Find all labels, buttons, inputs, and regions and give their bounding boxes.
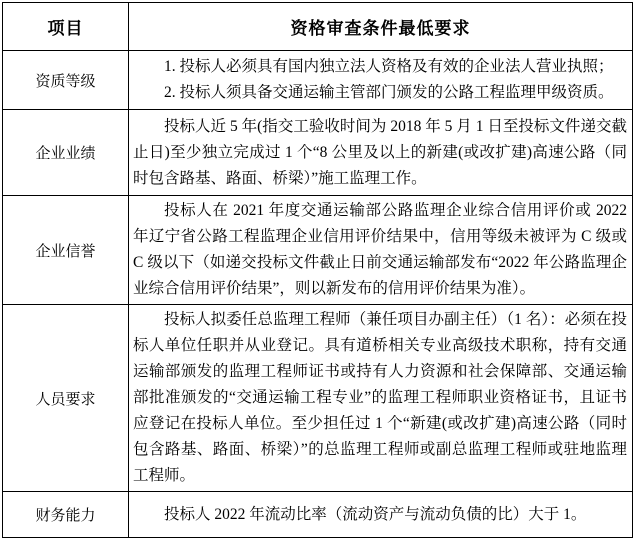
- header-item-column: 项目: [3, 3, 129, 51]
- table-row-enterprise-performance: 企业业绩 投标人近 5 年(指交工验收时间为 2018 年 5 月 1 日至投标…: [3, 110, 633, 196]
- requirement-paragraph: 2. 投标人须具备交通运输主管部门颁发的公路工程监理甲级资质。: [133, 80, 627, 106]
- row-content-enterprise-credit: 投标人在 2021 年度交通运输部公路监理企业综合信用评价或 2022 年辽宁省…: [129, 196, 633, 305]
- table-row-personnel-requirements: 人员要求 投标人拟委任总监理工程师（兼任项目办副主任）（1 名）：必须在投标人单…: [3, 305, 633, 492]
- table-row-qualification-grade: 资质等级 1. 投标人必须具有国内独立法人资格及有效的企业法人营业执照； 2. …: [3, 51, 633, 110]
- requirement-paragraph: 投标人在 2021 年度交通运输部公路监理企业综合信用评价或 2022 年辽宁省…: [133, 198, 627, 302]
- row-label-financial-capability: 财务能力: [3, 492, 129, 538]
- table-row-enterprise-credit: 企业信誉 投标人在 2021 年度交通运输部公路监理企业综合信用评价或 2022…: [3, 196, 633, 305]
- row-content-enterprise-performance: 投标人近 5 年(指交工验收时间为 2018 年 5 月 1 日至投标文件递交截…: [129, 110, 633, 196]
- row-label-enterprise-performance: 企业业绩: [3, 110, 129, 196]
- table-row-financial-capability: 财务能力 投标人 2022 年流动比率（流动资产与流动负债的比）大于 1。: [3, 492, 633, 538]
- document-page: 项目 资格审查条件最低要求 资质等级 1. 投标人必须具有国内独立法人资格及有效…: [0, 0, 638, 540]
- requirement-paragraph: 投标人近 5 年(指交工验收时间为 2018 年 5 月 1 日至投标文件递交截…: [133, 114, 627, 192]
- header-requirement-column: 资格审查条件最低要求: [129, 3, 633, 51]
- requirement-paragraph: 1. 投标人必须具有国内独立法人资格及有效的企业法人营业执照；: [133, 54, 627, 80]
- row-content-personnel-requirements: 投标人拟委任总监理工程师（兼任项目办副主任）（1 名）：必须在投标人单位任职并从…: [129, 305, 633, 492]
- table-header-row: 项目 资格审查条件最低要求: [3, 3, 633, 51]
- requirement-paragraph: 投标人 2022 年流动比率（流动资产与流动负债的比）大于 1。: [133, 502, 627, 528]
- row-content-qualification-grade: 1. 投标人必须具有国内独立法人资格及有效的企业法人营业执照； 2. 投标人须具…: [129, 51, 633, 110]
- row-content-financial-capability: 投标人 2022 年流动比率（流动资产与流动负债的比）大于 1。: [129, 492, 633, 538]
- row-label-enterprise-credit: 企业信誉: [3, 196, 129, 305]
- row-label-qualification-grade: 资质等级: [3, 51, 129, 110]
- row-label-personnel-requirements: 人员要求: [3, 305, 129, 492]
- qualification-requirements-table: 项目 资格审查条件最低要求 资质等级 1. 投标人必须具有国内独立法人资格及有效…: [2, 2, 633, 538]
- requirement-paragraph: 投标人拟委任总监理工程师（兼任项目办副主任）（1 名）：必须在投标人单位任职并从…: [133, 307, 627, 489]
